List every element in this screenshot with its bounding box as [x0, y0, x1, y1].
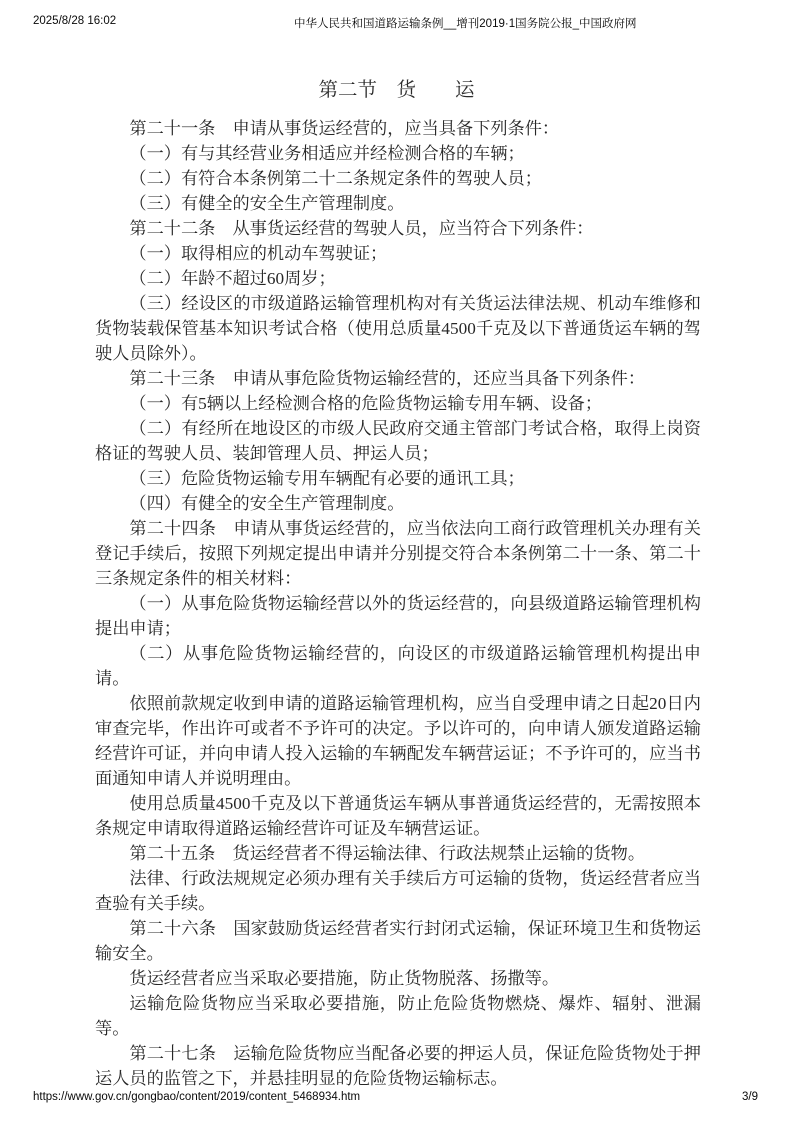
- paragraph-article-26-clause-2: 货运经营者应当采取必要措施，防止货物脱落、扬撒等。: [95, 966, 701, 991]
- paragraph-article-24-item-2: （二）从事危险货物运输经营的，向设区的市级道路运输管理机构提出申请。: [95, 641, 701, 691]
- paragraph-article-24-clause-2: 依照前款规定收到申请的道路运输管理机构，应当自受理申请之日起20日内审查完毕，作…: [95, 691, 701, 791]
- paragraph-article-24-item-1: （一）从事危险货物运输经营以外的货运经营的，向县级道路运输管理机构提出申请；: [95, 591, 701, 641]
- print-header: 2025/8/28 16:02 中华人民共和国道路运输条例__增刊2019·1国…: [0, 13, 793, 29]
- paragraph-article-22-item-3: （三）经设区的市级道路运输管理机构对有关货运法律法规、机动车维修和货物装载保管基…: [95, 291, 701, 366]
- paragraph-article-24: 第二十四条 申请从事货运经营的，应当依法向工商行政管理机关办理有关登记手续后，按…: [95, 516, 701, 591]
- paragraph-article-23-item-2: （二）有经所在地设区的市级人民政府交通主管部门考试合格，取得上岗资格证的驾驶人员…: [95, 416, 701, 466]
- paragraph-article-25-clause-2: 法律、行政法规规定必须办理有关手续后方可运输的货物，货运经营者应当查验有关手续。: [95, 866, 701, 916]
- regulation-body: 第二十一条 申请从事货运经营的，应当具备下列条件： （一）有与其经营业务相适应并…: [95, 116, 701, 1091]
- paragraph-article-21-item-3: （三）有健全的安全生产管理制度。: [95, 191, 701, 216]
- paragraph-article-23-item-1: （一）有5辆以上经检测合格的危险货物运输专用车辆、设备；: [95, 391, 701, 416]
- paragraph-article-22: 第二十二条 从事货运经营的驾驶人员，应当符合下列条件：: [95, 216, 701, 241]
- paragraph-article-26: 第二十六条 国家鼓励货运经营者实行封闭式运输，保证环境卫生和货物运输安全。: [95, 916, 701, 966]
- paragraph-article-27: 第二十七条 运输危险货物应当配备必要的押运人员，保证危险货物处于押运人员的监管之…: [95, 1041, 701, 1091]
- paragraph-article-23-item-3: （三）危险货物运输专用车辆配有必要的通讯工具；: [95, 466, 701, 491]
- paragraph-article-25: 第二十五条 货运经营者不得运输法律、行政法规禁止运输的货物。: [95, 841, 701, 866]
- printed-page: 2025/8/28 16:02 中华人民共和国道路运输条例__增刊2019·1国…: [0, 0, 793, 1122]
- paragraph-article-26-clause-3: 运输危险货物应当采取必要措施，防止危险货物燃烧、爆炸、辐射、泄漏等。: [95, 991, 701, 1041]
- paragraph-article-24-clause-3: 使用总质量4500千克及以下普通货运车辆从事普通货运经营的，无需按照本条规定申请…: [95, 791, 701, 841]
- paragraph-article-22-item-1: （一）取得相应的机动车驾驶证；: [95, 241, 701, 266]
- print-timestamp: 2025/8/28 16:02: [33, 15, 116, 27]
- page-number: 3/9: [742, 1091, 758, 1103]
- paragraph-article-21: 第二十一条 申请从事货运经营的，应当具备下列条件：: [95, 116, 701, 141]
- paragraph-article-21-item-1: （一）有与其经营业务相适应并经检测合格的车辆；: [95, 141, 701, 166]
- paragraph-article-21-item-2: （二）有符合本条例第二十二条规定条件的驾驶人员；: [95, 166, 701, 191]
- print-footer: https://www.gov.cn/gongbao/content/2019/…: [0, 1091, 793, 1107]
- paragraph-article-22-item-2: （二）年龄不超过60周岁；: [95, 266, 701, 291]
- paragraph-article-23-item-4: （四）有健全的安全生产管理制度。: [95, 491, 701, 516]
- source-url: https://www.gov.cn/gongbao/content/2019/…: [33, 1091, 360, 1103]
- print-page-title: 中华人民共和国道路运输条例__增刊2019·1国务院公报_中国政府网: [294, 15, 637, 31]
- section-title: 第二节 货 运: [0, 74, 793, 102]
- paragraph-article-23: 第二十三条 申请从事危险货物运输经营的，还应当具备下列条件：: [95, 366, 701, 391]
